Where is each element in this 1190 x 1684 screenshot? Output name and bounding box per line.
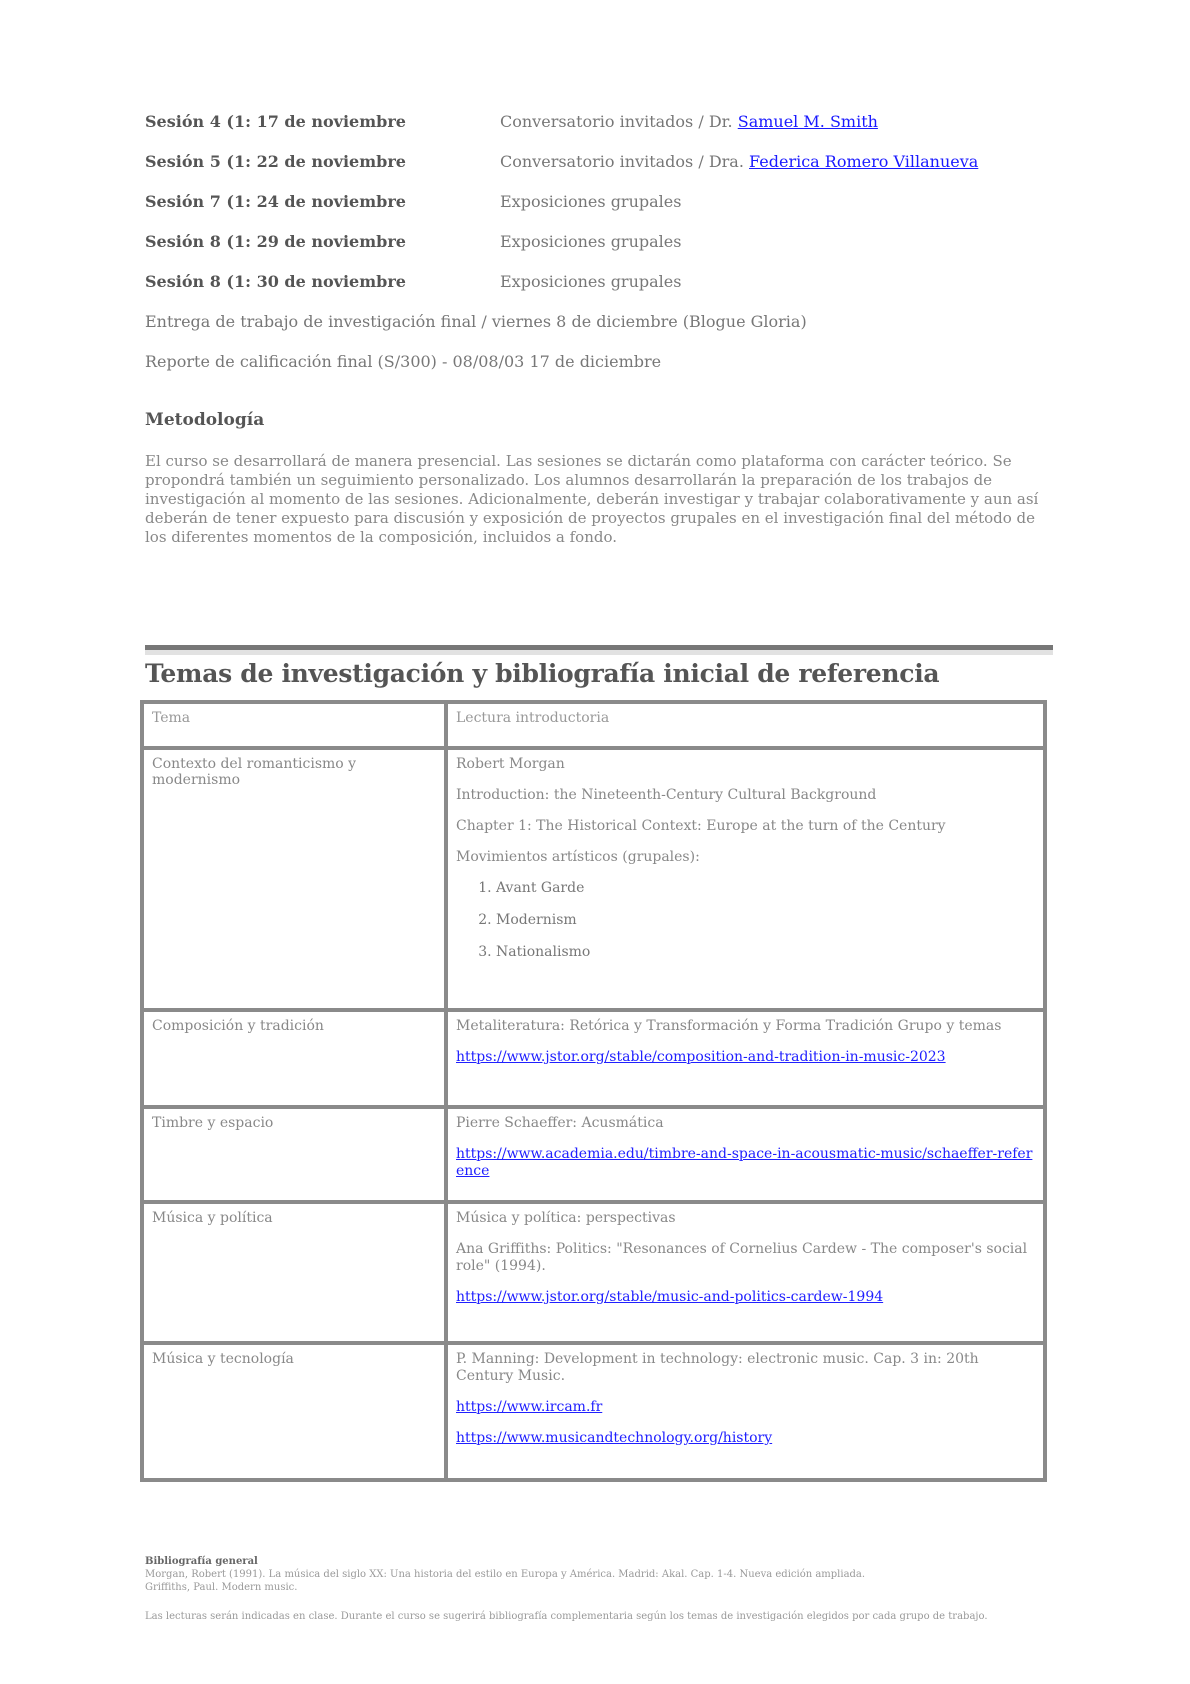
session-desc: Exposiciones grupales xyxy=(500,192,681,211)
column-header-reading: Lectura introductoria xyxy=(446,702,1045,748)
reading-text: Introduction: the Nineteenth-Century Cul… xyxy=(456,787,1035,804)
reading-link[interactable]: https://www.ircam.fr xyxy=(456,1399,602,1415)
footer-bibliography: Bibliografía general Morgan, Robert (199… xyxy=(145,1555,1045,1594)
reading-text: Ana Griffiths: Politics: "Resonances of … xyxy=(456,1241,1035,1275)
session-label: Sesión 5 (1: 22 de noviembre xyxy=(145,152,406,171)
reading-cell: P. Manning: Development in technology: e… xyxy=(446,1343,1045,1480)
session-desc: Exposiciones grupales xyxy=(500,272,681,291)
reading-text: Pierre Schaeffer: Acusmática xyxy=(456,1115,1035,1132)
movements-list: Avant Garde Modernism Nationalismo xyxy=(456,880,1035,960)
topic-cell: Música y política xyxy=(142,1202,446,1343)
table-row: Música y política Música y política: per… xyxy=(142,1202,1045,1343)
reading-link[interactable]: https://www.musicandtechnology.org/histo… xyxy=(456,1430,772,1446)
session-desc-text: Conversatorio invitados / Dr. xyxy=(500,112,733,131)
list-item: Modernism xyxy=(496,912,1035,928)
table-row: Timbre y espacio Pierre Schaeffer: Acusm… xyxy=(142,1107,1045,1202)
session-label: Sesión 8 (1: 30 de noviembre xyxy=(145,272,406,291)
reading-cell: Robert Morgan Introduction: the Nineteen… xyxy=(446,748,1045,1010)
footer-line: Morgan, Robert (1991). La música del sig… xyxy=(145,1569,865,1580)
session-label: Sesión 8 (1: 29 de noviembre xyxy=(145,232,406,251)
guest-link[interactable]: Federica Romero Villanueva xyxy=(749,152,978,171)
reading-link[interactable]: https://www.academia.edu/timbre-and-spac… xyxy=(456,1146,1032,1179)
table-header-row: Tema Lectura introductoria xyxy=(142,702,1045,748)
topic-cell: Contexto del romanticismo y modernismo xyxy=(142,748,446,1010)
reading-cell: Música y política: perspectivas Ana Grif… xyxy=(446,1202,1045,1343)
topic-cell: Música y tecnología xyxy=(142,1343,446,1480)
list-item: Nationalismo xyxy=(496,944,1035,960)
topics-heading: Temas de investigación y bibliografía in… xyxy=(145,659,939,688)
reading-text: P. Manning: Development in technology: e… xyxy=(456,1351,1035,1385)
reading-text: Música y política: perspectivas xyxy=(456,1210,1035,1227)
footer-note: Las lecturas serán indicadas en clase. D… xyxy=(145,1610,1045,1623)
section-divider xyxy=(145,645,1053,655)
methodology-heading: Metodología xyxy=(145,410,264,430)
footer-title: Bibliografía general xyxy=(145,1556,258,1567)
reading-link[interactable]: https://www.jstor.org/stable/music-and-p… xyxy=(456,1289,883,1305)
session-desc: Exposiciones grupales xyxy=(500,232,681,251)
reading-cell: Pierre Schaeffer: Acusmática https://www… xyxy=(446,1107,1045,1202)
reading-text: Robert Morgan xyxy=(456,756,1035,773)
session-desc: Conversatorio invitados / Dr. Samuel M. … xyxy=(500,112,878,131)
grades-line: Reporte de calificación final (S/300) - … xyxy=(145,352,661,371)
delivery-line: Entrega de trabajo de investigación fina… xyxy=(145,312,807,331)
session-label: Sesión 4 (1: 17 de noviembre xyxy=(145,112,406,131)
list-item: Avant Garde xyxy=(496,880,1035,896)
column-header-topic: Tema xyxy=(142,702,446,748)
reading-text: Metaliteratura: Retórica y Transformació… xyxy=(456,1018,1035,1035)
reading-link[interactable]: https://www.jstor.org/stable/composition… xyxy=(456,1049,946,1065)
table-row: Música y tecnología P. Manning: Developm… xyxy=(142,1343,1045,1480)
guest-link[interactable]: Samuel M. Smith xyxy=(738,112,878,131)
footer-line: Griffiths, Paul. Modern music. xyxy=(145,1582,297,1593)
methodology-paragraph: El curso se desarrollará de manera prese… xyxy=(145,452,1050,547)
session-desc-text: Conversatorio invitados / Dra. xyxy=(500,152,744,171)
reading-cell: Metaliteratura: Retórica y Transformació… xyxy=(446,1010,1045,1107)
reading-text: Chapter 1: The Historical Context: Europ… xyxy=(456,818,1035,835)
session-label: Sesión 7 (1: 24 de noviembre xyxy=(145,192,406,211)
table-row: Contexto del romanticismo y modernismo R… xyxy=(142,748,1045,1010)
session-desc: Conversatorio invitados / Dra. Federica … xyxy=(500,152,978,171)
topic-cell: Timbre y espacio xyxy=(142,1107,446,1202)
topic-cell: Composición y tradición xyxy=(142,1010,446,1107)
table-row: Composición y tradición Metaliteratura: … xyxy=(142,1010,1045,1107)
list-title: Movimientos artísticos (grupales): xyxy=(456,849,1035,866)
topics-table: Tema Lectura introductoria Contexto del … xyxy=(140,700,1047,1482)
